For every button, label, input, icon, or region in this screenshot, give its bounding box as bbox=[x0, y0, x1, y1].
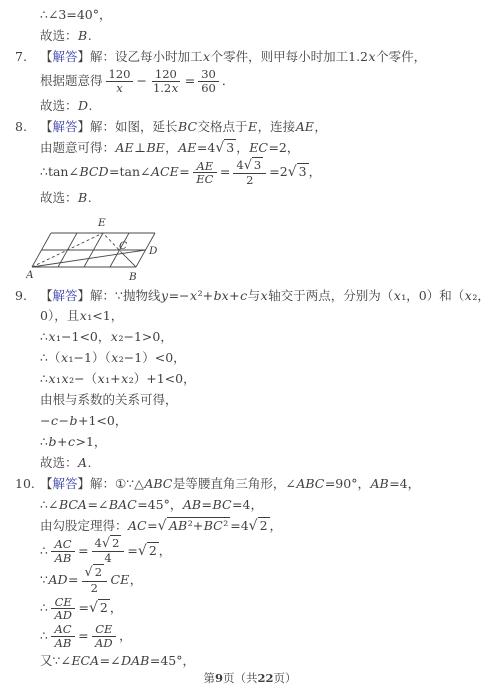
radical-sign-icon: √ bbox=[158, 518, 167, 534]
math-variable: AB bbox=[169, 518, 188, 533]
fraction-numerator: 4√2 bbox=[92, 537, 125, 552]
line-content: 【解答】解：设乙每小时加工x个零件，则甲每小时加工1.2x个零件， bbox=[40, 49, 426, 64]
solution-line: 根据题意得120x−1201.2x=3060． bbox=[0, 68, 492, 95]
page-footer: 第9页（共22页） bbox=[0, 670, 500, 686]
math-variable: b bbox=[69, 413, 78, 428]
fraction-denominator: 1.2x bbox=[150, 82, 182, 95]
fraction-numerator: 30 bbox=[198, 68, 219, 82]
math-variable: ABC bbox=[144, 476, 173, 491]
square-root: √2 bbox=[89, 600, 110, 615]
math-variable: ACE bbox=[150, 164, 179, 179]
math-variable: x bbox=[48, 371, 56, 386]
answer-tag: 解答 bbox=[53, 288, 78, 303]
question-number: 9. bbox=[15, 286, 27, 306]
math-variable: x bbox=[48, 329, 56, 344]
line-content: 由题意可得：AE⊥BE，AE=4√3，EC=2， bbox=[40, 140, 299, 155]
radicand: 2 bbox=[147, 542, 159, 558]
math-variable: x bbox=[60, 350, 68, 365]
fraction-denominator: x bbox=[113, 82, 127, 95]
radical-sign-icon: √ bbox=[85, 565, 93, 580]
math-variable: ABC bbox=[296, 476, 325, 491]
math-variable: c bbox=[50, 413, 58, 428]
line-content: ∴tan∠BCD=tan∠ACE=AEEC=4√32=2√3， bbox=[40, 164, 321, 179]
solution-line: 又∵∠ECA=∠DAB=45°， bbox=[0, 651, 492, 671]
square-root: √3 bbox=[244, 158, 264, 172]
fraction-numerator: √2 bbox=[82, 566, 108, 581]
math-variable: A bbox=[78, 455, 88, 470]
radical-sign-icon: √ bbox=[249, 518, 258, 534]
math-variable: x bbox=[203, 49, 211, 64]
line-content: 【解答】解：如图，延长BC交格点于E，连接AE， bbox=[40, 119, 327, 134]
math-variable: AD bbox=[54, 608, 73, 622]
line-content: 故选：A. bbox=[40, 455, 92, 470]
solution-line: ∴∠3=40°， bbox=[0, 5, 492, 25]
solution-line: ∴b+c>1， bbox=[0, 432, 492, 452]
solution-line: ∴∠BCA=∠BAC=45°，AB=BC=4， bbox=[0, 495, 492, 515]
parallelogram-grid-figure: ABCDE bbox=[26, 211, 166, 281]
fraction-numerator: CE bbox=[51, 596, 75, 610]
fraction: CEAD bbox=[51, 596, 76, 623]
square-root: √AB²+BC² bbox=[158, 518, 231, 533]
fraction: AEEC bbox=[193, 160, 217, 187]
radicand: 2 bbox=[93, 564, 104, 579]
solution-line: 故选：A. bbox=[0, 453, 492, 473]
line-content: 根据题意得120x−1201.2x=3060． bbox=[40, 73, 234, 88]
solution-line: 7.【解答】解：设乙每小时加工x个零件，则甲每小时加工1.2x个零件， bbox=[0, 47, 492, 67]
line-content: ∵AD=√22CE， bbox=[40, 572, 142, 587]
math-variable: BAC bbox=[108, 497, 137, 512]
math-variable: bx bbox=[213, 288, 229, 303]
answer-tag: 解答 bbox=[53, 476, 78, 491]
math-variable: x bbox=[110, 329, 118, 344]
question-number: 7. bbox=[15, 47, 27, 67]
math-variable: CE bbox=[110, 572, 130, 587]
math-variable: BCA bbox=[58, 497, 87, 512]
math-variable: c bbox=[67, 434, 75, 449]
fraction-numerator: 4√3 bbox=[233, 159, 266, 174]
math-variable: AC bbox=[54, 537, 72, 551]
line-content: 故选：B. bbox=[40, 190, 92, 205]
question-number: 10. bbox=[15, 474, 35, 494]
fraction: ACAB bbox=[51, 623, 75, 650]
math-variable: AE bbox=[295, 119, 314, 134]
math-variable: x bbox=[368, 49, 376, 64]
math-variable: x bbox=[111, 350, 119, 365]
solution-line: ∴（x₁−1）（x₂−1）<0， bbox=[0, 348, 492, 368]
fraction: 3060 bbox=[198, 68, 219, 95]
square-root: √2 bbox=[138, 543, 159, 558]
page-number-value: 9 bbox=[215, 671, 223, 685]
line-content: ∴CEAD=√2， bbox=[40, 600, 122, 615]
math-variable: AB bbox=[54, 551, 72, 565]
solution-line: ∴CEAD=√2， bbox=[0, 596, 492, 623]
line-content: ∴∠BCA=∠BAC=45°，AB=BC=4， bbox=[40, 497, 263, 512]
math-variable: y bbox=[161, 288, 169, 303]
math-variable: x bbox=[190, 288, 198, 303]
vertex-label-D: D bbox=[148, 245, 158, 257]
solutions-block-bottom: 9.【解答】解：∵抛物线y=−x²+bx+c与x轴交于两点，分别为（x₁，0）和… bbox=[0, 286, 492, 671]
radical-sign-icon: √ bbox=[215, 140, 224, 156]
fraction: 4√24 bbox=[92, 537, 125, 565]
solution-line: −c−b+1<0， bbox=[0, 411, 492, 431]
math-variable: AB bbox=[370, 476, 389, 491]
line-content: 【解答】解：①∵△ABC是等腰直角三角形，∠ABC=90°，AB=4， bbox=[40, 476, 420, 491]
fraction-denominator: AD bbox=[92, 637, 117, 650]
math-variable: x bbox=[121, 371, 129, 386]
radical-sign-icon: √ bbox=[89, 600, 98, 616]
math-variable: BC bbox=[212, 497, 232, 512]
math-variable: EC bbox=[196, 172, 214, 186]
math-variable: EC bbox=[249, 140, 269, 155]
solution-line: 9.【解答】解：∵抛物线y=−x²+bx+c与x轴交于两点，分别为（x₁，0）和… bbox=[0, 286, 492, 326]
math-variable: AE bbox=[178, 140, 197, 155]
solution-line: 8.【解答】解：如图，延长BC交格点于E，连接AE， bbox=[0, 117, 492, 137]
math-variable: AC bbox=[54, 622, 72, 636]
fraction-numerator: AC bbox=[51, 538, 75, 552]
math-variable: AE bbox=[115, 140, 134, 155]
fraction-denominator: 2 bbox=[243, 174, 256, 187]
fraction-denominator: AB bbox=[51, 637, 75, 650]
math-variable: BE bbox=[146, 140, 165, 155]
math-variable: x bbox=[61, 371, 69, 386]
fraction: 120x bbox=[106, 68, 134, 95]
math-variable: AD bbox=[48, 572, 68, 587]
radicand: AB²+BC² bbox=[167, 517, 231, 533]
line-content: ∴ACAB=CEAD， bbox=[40, 628, 132, 643]
fraction: CEAD bbox=[92, 623, 117, 650]
math-variable: b bbox=[48, 434, 57, 449]
fraction-numerator: CE bbox=[92, 623, 116, 637]
vertex-label-B: B bbox=[128, 271, 137, 281]
math-variable: ECA bbox=[71, 653, 100, 668]
line-content: 故选：B. bbox=[40, 28, 92, 43]
math-variable: BC bbox=[178, 119, 198, 134]
solution-line: ∴x₁−1<0，x₂−1>0， bbox=[0, 327, 492, 347]
math-variable: E bbox=[248, 119, 258, 134]
math-variable: x bbox=[116, 81, 124, 95]
line-content: ∴x₁x₂−（x₁+x₂）+1<0， bbox=[40, 371, 196, 386]
line-content: 故选：D. bbox=[40, 98, 93, 113]
question-number: 8. bbox=[15, 117, 27, 137]
math-variable: x bbox=[97, 371, 105, 386]
fraction-numerator: 120 bbox=[152, 68, 180, 82]
line-content: ∴x₁−1<0，x₂−1>0， bbox=[40, 329, 173, 344]
math-variable: B bbox=[78, 28, 88, 43]
fraction-denominator: EC bbox=[193, 173, 217, 186]
solution-line: 故选：B. bbox=[0, 188, 492, 208]
radicand: 3 bbox=[252, 157, 263, 172]
square-root: √2 bbox=[85, 565, 105, 579]
line-content: 【解答】解：∵抛物线y=−x²+bx+c与x轴交于两点，分别为（x₁，0）和（x… bbox=[40, 288, 490, 323]
radicand: 2 bbox=[110, 535, 121, 550]
solution-line: ∴tan∠BCD=tan∠ACE=AEEC=4√32=2√3， bbox=[0, 159, 492, 187]
solution-line: ∴ACAB=4√24=√2， bbox=[0, 537, 492, 565]
math-variable: x bbox=[79, 308, 87, 323]
math-variable: B bbox=[78, 190, 88, 205]
vertex-label-C: C bbox=[119, 240, 127, 252]
math-variable: c bbox=[240, 288, 248, 303]
math-variable: x bbox=[171, 81, 179, 95]
solution-line: 10.【解答】解：①∵△ABC是等腰直角三角形，∠ABC=90°，AB=4， bbox=[0, 474, 492, 494]
line-content: 又∵∠ECA=∠DAB=45°， bbox=[40, 653, 195, 668]
fraction: √22 bbox=[82, 566, 108, 594]
line-content: ∴ACAB=4√24=√2， bbox=[40, 543, 171, 558]
math-variable: x bbox=[393, 288, 401, 303]
solution-line: 故选：B. bbox=[0, 26, 492, 46]
line-content: 由勾股定理得：AC=√AB²+BC²=4√2， bbox=[40, 518, 282, 533]
solution-line: 由题意可得：AE⊥BE，AE=4√3，EC=2， bbox=[0, 138, 492, 158]
solutions-block-top: ∴∠3=40°，故选：B.7.【解答】解：设乙每小时加工x个零件，则甲每小时加工… bbox=[0, 5, 492, 208]
math-variable: AB bbox=[54, 636, 72, 650]
fraction-denominator: 2 bbox=[88, 582, 101, 595]
fraction-numerator: AE bbox=[193, 160, 217, 174]
geometry-figure: ABCDE bbox=[26, 211, 492, 281]
line-content: ∴∠3=40°， bbox=[40, 7, 112, 22]
math-variable: x bbox=[464, 288, 472, 303]
fraction-denominator: AD bbox=[51, 609, 76, 622]
radical-sign-icon: √ bbox=[288, 164, 297, 180]
math-variable: CE bbox=[95, 622, 113, 636]
segment-BC bbox=[123, 254, 137, 268]
math-variable: AC bbox=[128, 518, 148, 533]
square-root: √2 bbox=[102, 536, 122, 550]
fraction-numerator: AC bbox=[51, 623, 75, 637]
math-variable: BCD bbox=[79, 164, 109, 179]
square-root: √3 bbox=[288, 164, 309, 179]
line-content: ∴（x₁−1）（x₂−1）<0， bbox=[40, 350, 186, 365]
solution-line: 由勾股定理得：AC=√AB²+BC²=4√2， bbox=[0, 516, 492, 536]
radicand: 3 bbox=[297, 163, 309, 179]
solution-line: 故选：D. bbox=[0, 96, 492, 116]
math-variable: x bbox=[260, 288, 268, 303]
radical-sign-icon: √ bbox=[244, 158, 252, 173]
math-variable: DAB bbox=[121, 653, 150, 668]
fraction: ACAB bbox=[51, 538, 75, 565]
solution-line: 由根与系数的关系可得， bbox=[0, 390, 492, 410]
answer-tag: 解答 bbox=[53, 49, 78, 64]
radical-sign-icon: √ bbox=[138, 543, 147, 559]
document-page: ∴∠3=40°，故选：B.7.【解答】解：设乙每小时加工x个零件，则甲每小时加工… bbox=[0, 0, 500, 697]
math-variable: AB bbox=[182, 497, 201, 512]
vertex-label-A: A bbox=[26, 269, 34, 281]
fraction: 1201.2x bbox=[150, 68, 182, 95]
fraction-denominator: AB bbox=[51, 552, 75, 565]
radicand: 2 bbox=[98, 599, 110, 615]
math-variable: AE bbox=[196, 159, 214, 173]
solution-line: ∴ACAB=CEAD， bbox=[0, 623, 492, 650]
square-root: √2 bbox=[249, 518, 270, 533]
math-variable: CE bbox=[54, 595, 72, 609]
radicand: 3 bbox=[224, 139, 236, 155]
line-content: −c−b+1<0， bbox=[40, 413, 127, 428]
solution-line: ∵AD=√22CE， bbox=[0, 566, 492, 594]
fraction-denominator: 60 bbox=[198, 82, 219, 95]
radicand: 2 bbox=[258, 517, 270, 533]
radical-sign-icon: √ bbox=[102, 536, 110, 551]
math-variable: D bbox=[78, 98, 89, 113]
math-variable: AD bbox=[95, 636, 114, 650]
line-content: ∴b+c>1， bbox=[40, 434, 106, 449]
square-root: √3 bbox=[215, 140, 236, 155]
page-number-value: 22 bbox=[258, 671, 274, 685]
line-content: 由根与系数的关系可得， bbox=[40, 392, 178, 407]
answer-tag: 解答 bbox=[53, 119, 78, 134]
fraction: 4√32 bbox=[233, 159, 266, 187]
vertex-label-E: E bbox=[97, 217, 106, 229]
fraction-numerator: 120 bbox=[106, 68, 134, 82]
solution-line: ∴x₁x₂−（x₁+x₂）+1<0， bbox=[0, 369, 492, 389]
math-variable: BC bbox=[203, 518, 223, 533]
